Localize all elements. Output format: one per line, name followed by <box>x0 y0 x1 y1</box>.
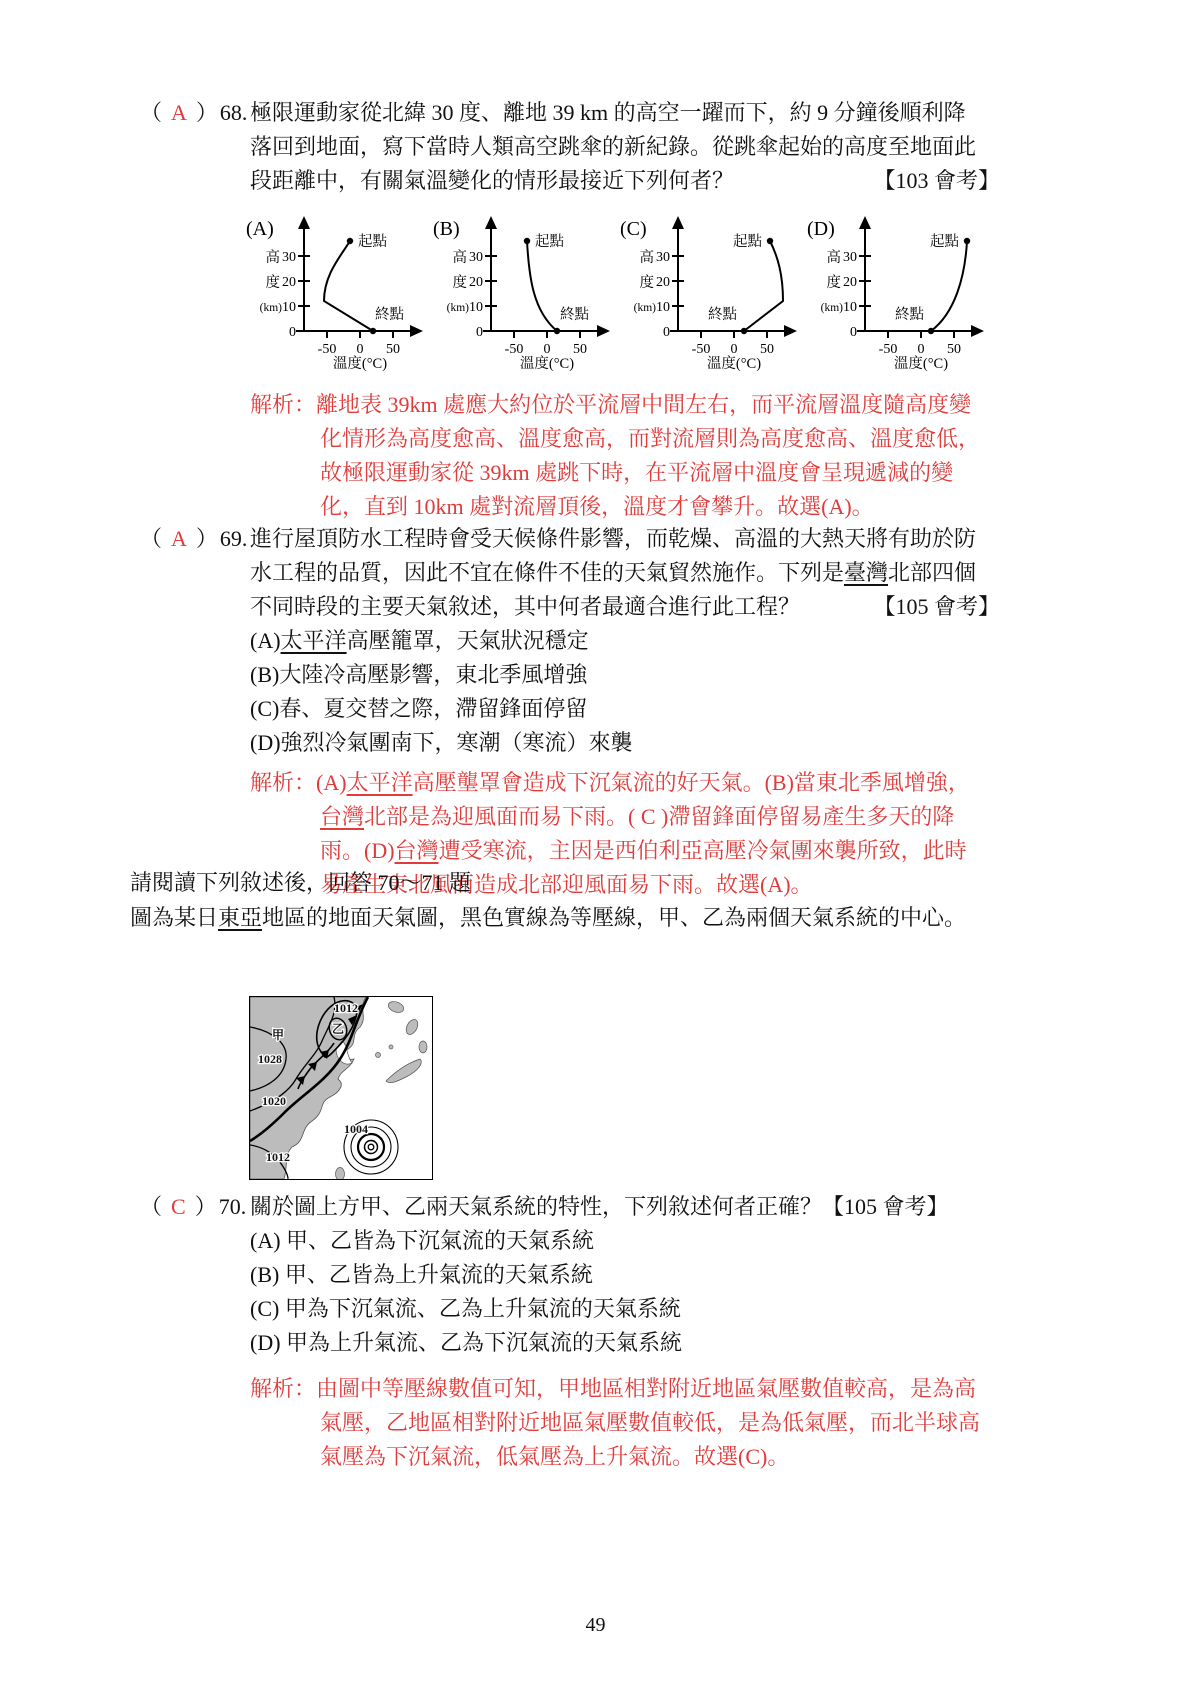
temperature-profile-curve <box>744 241 783 331</box>
x-tick--50: -50 <box>318 342 337 357</box>
y-tick-0: 0 <box>476 325 483 340</box>
x-axis-arrow <box>597 325 610 337</box>
start-point-dot <box>347 238 353 244</box>
paren-open: （ <box>140 100 162 125</box>
q70-exam-tag: 【105 會考】 <box>822 1194 949 1219</box>
analysis-text: 遭受寒流，主因是西伯利亞高壓冷氣團來襲所致，此時 <box>439 838 967 863</box>
answer-box-68: （A）68. <box>140 96 250 130</box>
y-axis-arrow <box>859 216 871 229</box>
q68-option-charts: (A) 30 20 10 0 高 度 (km) -50 0 50 溫度(°C) <box>242 213 990 371</box>
panel-label: (D) <box>807 218 835 240</box>
question-number-70: 70. <box>219 1194 247 1219</box>
isobar-label-1012-top: 1012 <box>334 1001 358 1015</box>
panel-label: (A) <box>246 218 274 240</box>
xlabel: 溫度(°C) <box>707 354 761 371</box>
y-axis-arrow <box>485 216 497 229</box>
end-point-dot <box>554 328 560 334</box>
start-point-dot <box>767 238 773 244</box>
x-tick-50: 50 <box>573 342 587 357</box>
x-axis-arrow <box>784 325 797 337</box>
opt-a-label: (A) <box>250 628 281 653</box>
end-point-dot <box>370 328 376 334</box>
answer-letter-68: A <box>171 100 187 125</box>
end-label: 終點 <box>895 306 924 323</box>
question-70: （C）70. 關於圖上方甲、乙兩天氣系統的特性，下列敘述何者正確？【105 會考… <box>140 1190 1000 1360</box>
opt-a-underlined: 太平洋 <box>281 628 347 653</box>
y-axis-arrow <box>672 216 684 229</box>
chart-option-a: (A) 30 20 10 0 高 度 (km) -50 0 50 溫度(°C) <box>242 213 429 371</box>
y-tick-30: 30 <box>282 250 296 265</box>
intro-line2-post: 地區的地面天氣圖，黑色實線為等壓線，甲、乙為兩個天氣系統的中心。 <box>262 905 966 930</box>
paren-close: ） <box>196 526 218 551</box>
q69-line2-pre: 水工程的品質，因此不宜在條件不佳的天氣貿然施作。下列是 <box>250 560 844 585</box>
ylabel-char1: 高 <box>827 248 842 266</box>
chart-option-d: (D) 30 20 10 0 高 度 (km) -50 0 50 溫度(°C) <box>803 213 990 371</box>
end-label: 終點 <box>560 306 589 323</box>
exam-page: （A）68. 極限運動家從北緯 30 度、離地 39 km 的高空一躍而下，約 … <box>0 0 1191 1684</box>
y-tick-10: 10 <box>469 300 483 315</box>
answer-letter-70: C <box>171 1194 186 1219</box>
intro-line2: 圖為某日東亞地區的地面天氣圖，黑色實線為等壓線，甲、乙為兩個天氣系統的中心。 <box>130 901 966 935</box>
chart-option-b: (B) 30 20 10 0 高 度 (km) -50 0 50 溫度(°C) <box>429 213 616 371</box>
ylabel-char3: (km) <box>821 302 844 314</box>
q69-line3-text: 不同時段的主要天氣敘述，其中何者最適合進行此工程？ <box>250 590 800 624</box>
chart-option-c: (C) 30 20 10 0 高 度 (km) -50 0 50 溫度(°C) <box>616 213 803 371</box>
x-tick-0: 0 <box>357 342 364 357</box>
x-axis-arrow <box>410 325 423 337</box>
analysis-text: (A) <box>316 770 347 795</box>
analysis-text: 北部是為迎風面而易下雨。( C )滯留鋒面停留易產生多天的降 <box>364 804 954 829</box>
analysis-text: 離地表 39km 處應大約位於平流層中間左右，而平流層溫度隨高度變 <box>316 392 971 417</box>
y-tick-30: 30 <box>843 250 857 265</box>
x-tick--50: -50 <box>505 342 524 357</box>
taiwan-island <box>336 1168 345 1181</box>
analysis-line: 氣壓，乙地區相對附近地區氣壓數值較低，是為低氣壓，而北半球高 <box>250 1406 995 1440</box>
weather-map-figure: 甲 1028 1012 乙 1020 1012 1004 <box>249 996 433 1180</box>
x-tick-50: 50 <box>386 342 400 357</box>
panel-label: (B) <box>433 218 460 240</box>
q69-option-a: (A)太平洋高壓籠罩，天氣狀況穩定 <box>250 624 1000 658</box>
q70-option-d: (D) 甲為上升氣流、乙為下沉氣流的天氣系統 <box>250 1326 1000 1360</box>
end-point-dot <box>928 328 934 334</box>
island <box>376 1053 381 1058</box>
isobar-label-1004: 1004 <box>344 1122 368 1136</box>
end-point-dot <box>741 328 747 334</box>
question-68: （A）68. 極限運動家從北緯 30 度、離地 39 km 的高空一躍而下，約 … <box>140 96 1000 198</box>
start-label: 起點 <box>930 233 959 250</box>
analysis-line: 解析：離地表 39km 處應大約位於平流層中間左右，而平流層溫度隨高度變 <box>250 388 995 422</box>
question-69-text: 進行屋頂防水工程時會受天候條件影響，而乾燥、高溫的大熱天將有助於防 水工程的品質… <box>250 522 1000 760</box>
q70-option-b: (B) 甲、乙皆為上升氣流的天氣系統 <box>250 1258 1000 1292</box>
q69-line3: 不同時段的主要天氣敘述，其中何者最適合進行此工程？ 【105 會考】 <box>250 590 1000 624</box>
ylabel-char1: 高 <box>266 248 281 266</box>
paren-close: ） <box>196 100 218 125</box>
xlabel: 溫度(°C) <box>894 354 948 371</box>
analysis-prefix: 解析： <box>250 1376 316 1401</box>
y-tick-10: 10 <box>843 300 857 315</box>
y-tick-20: 20 <box>656 275 670 290</box>
analysis-text: 由圖中等壓線數值可知，甲地區相對附近地區氣壓數值較高，是為高 <box>316 1376 976 1401</box>
x-axis-arrow <box>971 325 984 337</box>
q69-line2: 水工程的品質，因此不宜在條件不佳的天氣貿然施作。下列是臺灣北部四個 <box>250 556 1000 590</box>
q68-line2: 落回到地面，寫下當時人類高空跳傘的新紀錄。從跳傘起始的高度至地面此 <box>250 130 1000 164</box>
start-label: 起點 <box>733 233 762 250</box>
q69-option-b: (B)大陸冷高壓影響，東北季風增強 <box>250 658 1000 692</box>
answer-letter-69: A <box>171 526 187 551</box>
end-label: 終點 <box>708 306 737 323</box>
q70-option-c: (C) 甲為下沉氣流、乙為上升氣流的天氣系統 <box>250 1292 1000 1326</box>
low-center-label: 乙 <box>332 1022 344 1036</box>
ylabel-char1: 高 <box>453 248 468 266</box>
analysis-text: 雨。(D) <box>320 838 395 863</box>
analysis-line: 故極限運動家從 39km 處跳下時，在平流層中溫度會呈現遞減的變 <box>250 456 995 490</box>
start-label: 起點 <box>535 233 564 250</box>
q70-header-text: 關於圖上方甲、乙兩天氣系統的特性，下列敘述何者正確？ <box>250 1194 822 1219</box>
ylabel-char2: 度 <box>640 273 655 291</box>
start-point-dot <box>964 238 970 244</box>
intro-line1: 請閱讀下列敘述後，回答 70～71 題 <box>130 866 471 900</box>
ylabel-char1: 高 <box>640 248 655 266</box>
q69-line2-post: 北部四個 <box>888 560 976 585</box>
island <box>389 1045 393 1049</box>
analysis-prefix: 解析： <box>250 392 316 417</box>
x-tick--50: -50 <box>692 342 711 357</box>
ylabel-char3: (km) <box>260 302 283 314</box>
analysis-underlined: 台灣 <box>320 804 364 829</box>
question-69: （A）69. 進行屋頂防水工程時會受天候條件影響，而乾燥、高溫的大熱天將有助於防… <box>140 522 1000 760</box>
analysis-line: 解析：由圖中等壓線數值可知，甲地區相對附近地區氣壓數值較高，是為高 <box>250 1372 995 1406</box>
q68-line1: 極限運動家從北緯 30 度、離地 39 km 的高空一躍而下，約 9 分鐘後順利… <box>250 96 1000 130</box>
question-68-text: 極限運動家從北緯 30 度、離地 39 km 的高空一躍而下，約 9 分鐘後順利… <box>250 96 1000 198</box>
q70-option-a: (A) 甲、乙皆為下沉氣流的天氣系統 <box>250 1224 1000 1258</box>
question-70-text: 關於圖上方甲、乙兩天氣系統的特性，下列敘述何者正確？【105 會考】 (A) 甲… <box>250 1190 1000 1360</box>
ylabel-char3: (km) <box>634 302 657 314</box>
panel-label: (C) <box>620 218 647 240</box>
xlabel: 溫度(°C) <box>333 354 387 371</box>
end-label: 終點 <box>375 306 404 323</box>
ylabel-char2: 度 <box>453 273 468 291</box>
xlabel: 溫度(°C) <box>520 354 574 371</box>
opt-a-text: 高壓籠罩，天氣狀況穩定 <box>347 628 589 653</box>
y-tick-10: 10 <box>656 300 670 315</box>
x-tick-0: 0 <box>544 342 551 357</box>
question-number-69: 69. <box>220 526 248 551</box>
q68-exam-tag: 【103 會考】 <box>873 164 1000 198</box>
analysis-underlined: 太平洋 <box>347 770 413 795</box>
y-tick-30: 30 <box>656 250 670 265</box>
analysis-line: 化，直到 10km 處對流層頂後，溫度才會攀升。故選(A)。 <box>250 490 995 524</box>
y-tick-0: 0 <box>850 325 857 340</box>
temperature-profile-curve <box>527 241 557 331</box>
start-point-dot <box>524 238 530 244</box>
analysis-line: 雨。(D)台灣遭受寒流，主因是西伯利亞高壓冷氣團來襲所致，此時 <box>250 834 995 868</box>
paren-open: （ <box>140 1194 162 1219</box>
answer-box-70: （C）70. <box>140 1190 250 1224</box>
temperature-profile-curve <box>324 241 373 331</box>
q70-header: 關於圖上方甲、乙兩天氣系統的特性，下列敘述何者正確？【105 會考】 <box>250 1190 1000 1224</box>
page-number: 49 <box>0 1614 1191 1637</box>
y-axis-arrow <box>298 216 310 229</box>
intro-line2-underlined: 東亞 <box>218 905 262 930</box>
q69-line1: 進行屋頂防水工程時會受天候條件影響，而乾燥、高溫的大熱天將有助於防 <box>250 522 1000 556</box>
analysis-line: 化情形為高度愈高、溫度愈高，而對流層則為高度愈高、溫度愈低， <box>250 422 995 456</box>
analysis-text: 高壓壟罩會造成下沉氣流的好天氣。(B)當東北季風增強， <box>413 770 970 795</box>
y-tick-0: 0 <box>289 325 296 340</box>
ylabel-char2: 度 <box>827 273 842 291</box>
ylabel-char2: 度 <box>266 273 281 291</box>
start-label: 起點 <box>358 233 387 250</box>
high-center-label: 甲 <box>272 1028 284 1042</box>
temperature-profile-curve <box>931 241 967 331</box>
isobar-label-1020: 1020 <box>262 1094 286 1108</box>
island <box>419 1041 427 1053</box>
y-tick-30: 30 <box>469 250 483 265</box>
q70-analysis: 解析：由圖中等壓線數值可知，甲地區相對附近地區氣壓數值較高，是為高 氣壓，乙地區… <box>250 1372 995 1474</box>
analysis-line: 氣壓為下沉氣流，低氣壓為上升氣流。故選(C)。 <box>250 1440 995 1474</box>
q69-exam-tag: 【105 會考】 <box>873 590 1000 624</box>
y-tick-20: 20 <box>282 275 296 290</box>
q69-option-d: (D)強烈冷氣團南下，寒潮（寒流）來襲 <box>250 726 1000 760</box>
question-number-68: 68. <box>220 100 248 125</box>
q68-line3: 段距離中，有關氣溫變化的情形最接近下列何者？ 【103 會考】 <box>250 164 1000 198</box>
paren-close: ） <box>195 1194 217 1219</box>
q69-option-c: (C)春、夏交替之際，滯留鋒面停留 <box>250 692 1000 726</box>
x-tick-50: 50 <box>760 342 774 357</box>
weather-map: 甲 1028 1012 乙 1020 1012 1004 <box>249 996 433 1186</box>
x-tick-0: 0 <box>918 342 925 357</box>
y-tick-0: 0 <box>663 325 670 340</box>
x-tick-0: 0 <box>731 342 738 357</box>
isobar-label-1012-bottom: 1012 <box>266 1150 290 1164</box>
y-tick-10: 10 <box>282 300 296 315</box>
answer-box-69: （A）69. <box>140 522 250 556</box>
q69-line2-underlined: 臺灣 <box>844 560 888 585</box>
paren-open: （ <box>140 526 162 551</box>
y-tick-20: 20 <box>469 275 483 290</box>
analysis-underlined: 台灣 <box>395 838 439 863</box>
isobar-label-1028: 1028 <box>258 1052 282 1066</box>
analysis-line: 解析：(A)太平洋高壓壟罩會造成下沉氣流的好天氣。(B)當東北季風增強， <box>250 766 995 800</box>
analysis-prefix: 解析： <box>250 770 316 795</box>
ylabel-char3: (km) <box>447 302 470 314</box>
x-tick--50: -50 <box>879 342 898 357</box>
x-tick-50: 50 <box>947 342 961 357</box>
y-tick-20: 20 <box>843 275 857 290</box>
intro-line2-pre: 圖為某日 <box>130 905 218 930</box>
q68-analysis: 解析：離地表 39km 處應大約位於平流層中間左右，而平流層溫度隨高度變 化情形… <box>250 388 995 524</box>
q68-line3-text: 段距離中，有關氣溫變化的情形最接近下列何者？ <box>250 164 734 198</box>
analysis-line: 台灣北部是為迎風面而易下雨。( C )滯留鋒面停留易產生多天的降 <box>250 800 995 834</box>
